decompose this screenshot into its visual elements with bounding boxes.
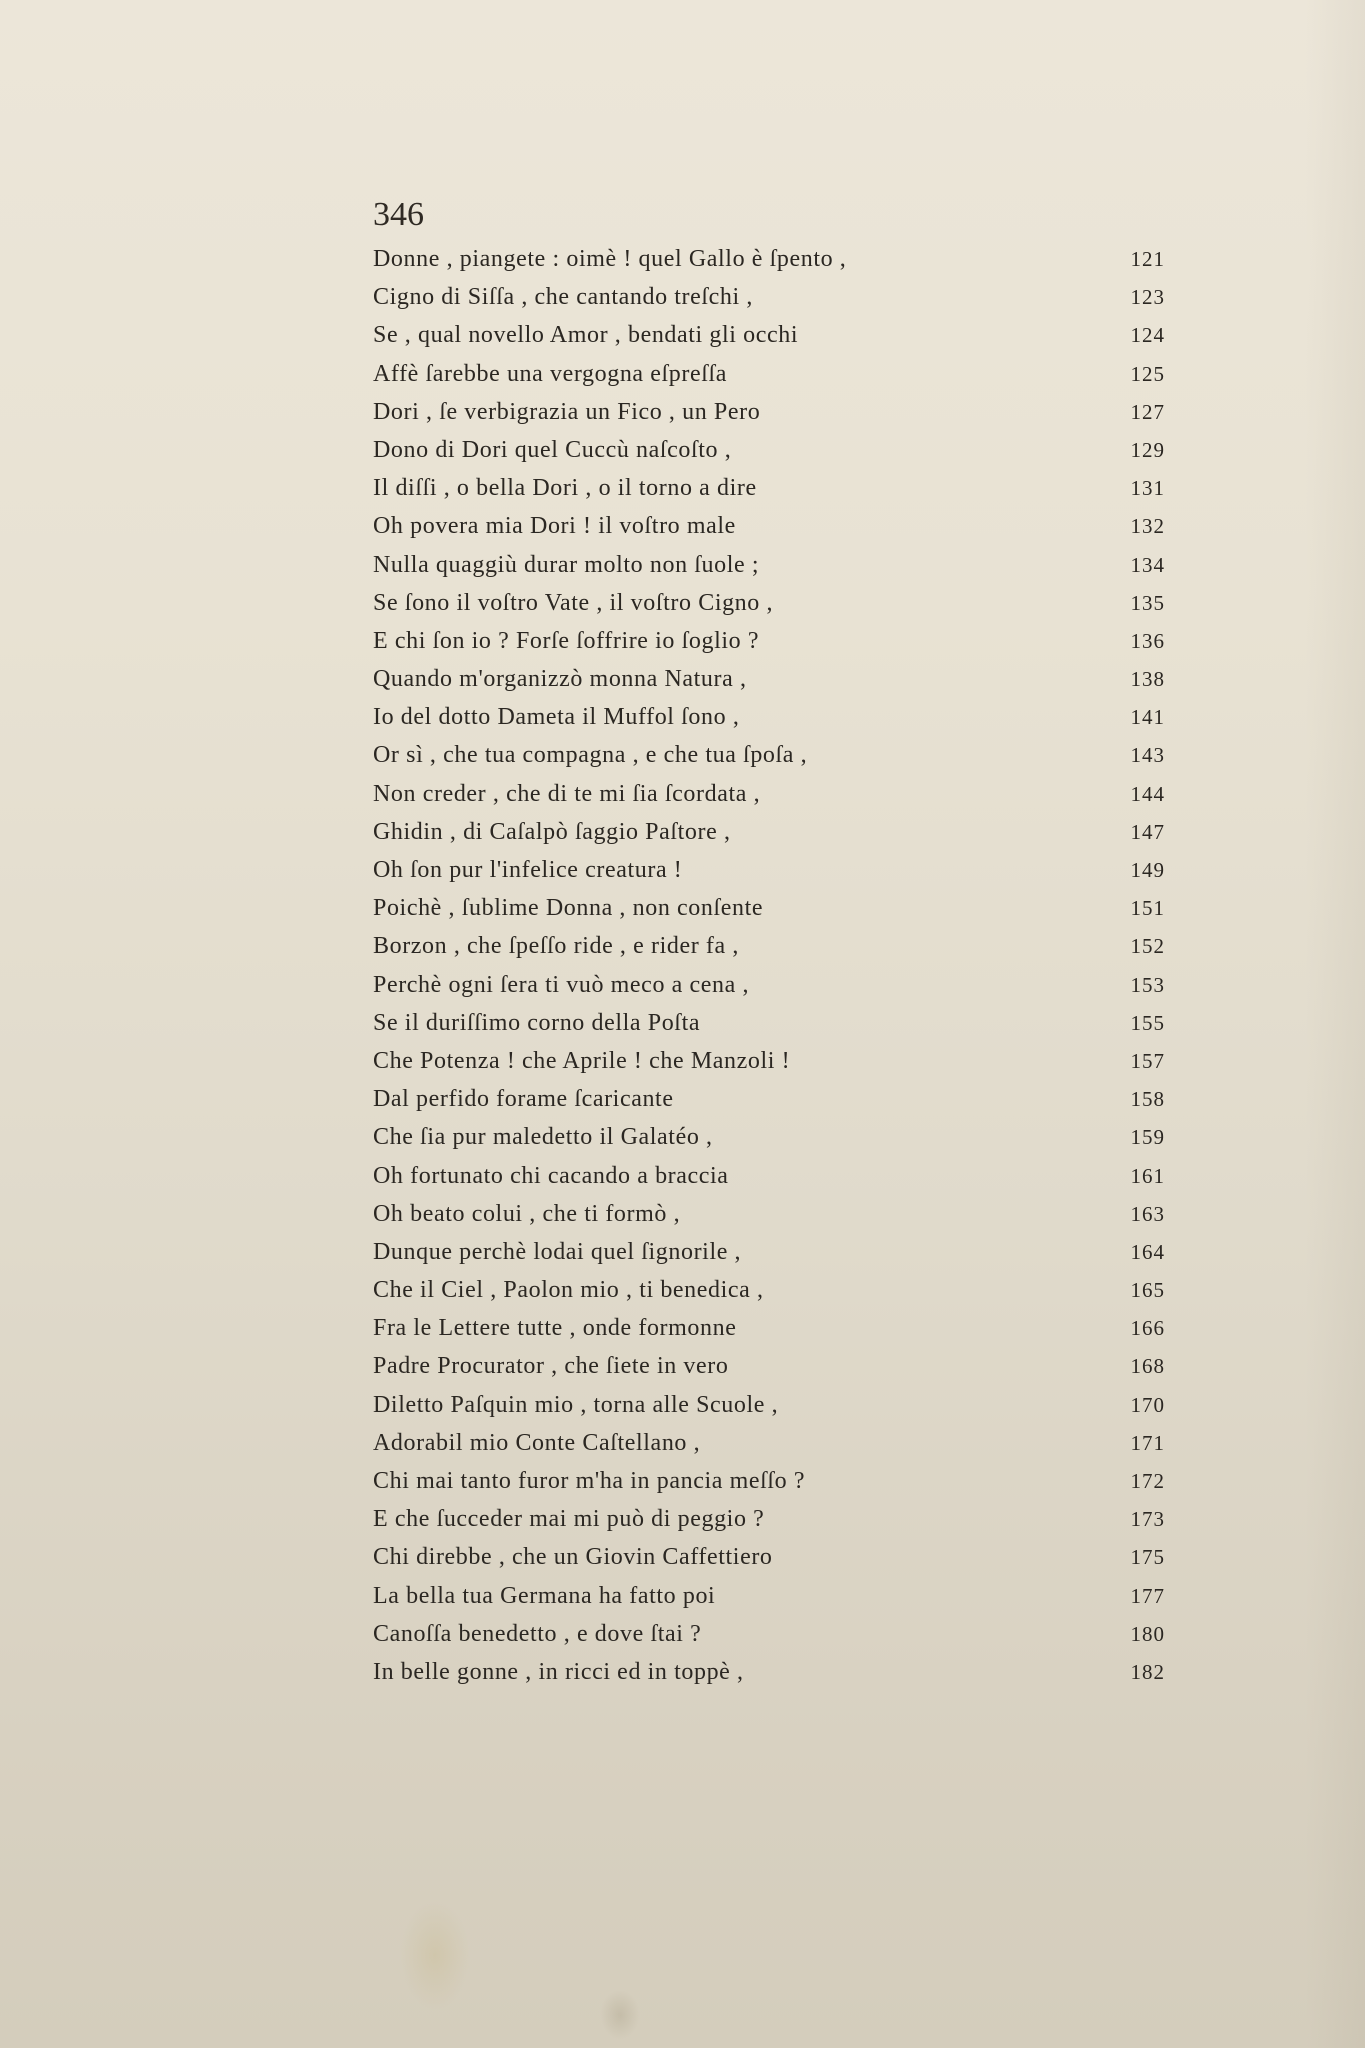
toc-entry-page-number: 152: [1131, 927, 1166, 965]
toc-entry: Se , qual novello Amor , bendati gli occ…: [373, 316, 1173, 354]
toc-entry-title: Diletto Paſquin mio , torna alle Scuole …: [373, 1386, 778, 1424]
toc-entry-page-number: 124: [1131, 316, 1166, 354]
table-of-contents: Donne , piangete : oimè ! quel Gallo è ſ…: [373, 240, 1173, 1691]
toc-entry: E che ſucceder mai mi può di peggio ? 17…: [373, 1500, 1173, 1538]
toc-entry: Quando m'organizzò monna Natura , 138: [373, 660, 1173, 698]
toc-entry: Diletto Paſquin mio , torna alle Scuole …: [373, 1386, 1173, 1424]
toc-entry-page-number: 165: [1131, 1271, 1166, 1309]
toc-entry-page-number: 170: [1131, 1386, 1166, 1424]
toc-entry-page-number: 163: [1131, 1195, 1166, 1233]
toc-entry-title: Dunque perchè lodai quel ſignorile ,: [373, 1233, 741, 1271]
toc-entry-title: Dal perfido forame ſcaricante: [373, 1080, 674, 1118]
toc-entry-title: Oh ſon pur l'infelice creatura !: [373, 851, 682, 889]
toc-entry-title: Or sì , che tua compagna , e che tua ſpo…: [373, 736, 807, 774]
toc-entry: Dori , ſe verbigrazia un Fico , un Pero …: [373, 393, 1173, 431]
toc-entry: Donne , piangete : oimè ! quel Gallo è ſ…: [373, 240, 1173, 278]
toc-entry-title: Oh fortunato chi cacando a braccia: [373, 1157, 729, 1195]
toc-entry-page-number: 171: [1131, 1424, 1166, 1462]
toc-entry-page-number: 131: [1131, 469, 1166, 507]
toc-entry: Se il duriſſimo corno della Poſta 155: [373, 1004, 1173, 1042]
toc-entry: Dal perfido forame ſcaricante 158: [373, 1080, 1173, 1118]
toc-entry-title: Oh povera mia Dori ! il voſtro male: [373, 507, 736, 545]
toc-entry-title: Canoſſa benedetto , e dove ſtai ?: [373, 1615, 701, 1653]
toc-entry-page-number: 166: [1131, 1309, 1166, 1347]
toc-entry-page-number: 173: [1131, 1500, 1166, 1538]
toc-entry-page-number: 132: [1131, 507, 1166, 545]
toc-entry-page-number: 125: [1131, 355, 1166, 393]
toc-entry-page-number: 164: [1131, 1233, 1166, 1271]
toc-entry-page-number: 153: [1131, 966, 1166, 1004]
toc-entry-title: Che ſia pur maledetto il Galatéo ,: [373, 1118, 713, 1156]
toc-entry-page-number: 143: [1131, 736, 1166, 774]
toc-entry: Oh ſon pur l'infelice creatura ! 149: [373, 851, 1173, 889]
toc-entry: Chi direbbe , che un Giovin Caffettiero …: [373, 1538, 1173, 1576]
toc-entry-title: Fra le Lettere tutte , onde formonne: [373, 1309, 736, 1347]
toc-entry: Canoſſa benedetto , e dove ſtai ? 180: [373, 1615, 1173, 1653]
paper-stain: [600, 1990, 640, 2040]
toc-entry-title: Chi direbbe , che un Giovin Caffettiero: [373, 1538, 773, 1576]
toc-entry-page-number: 157: [1131, 1042, 1166, 1080]
toc-entry-title: Che il Ciel , Paolon mio , ti benedica ,: [373, 1271, 764, 1309]
toc-entry: Padre Procurator , che ſiete in vero 168: [373, 1347, 1173, 1385]
toc-entry: Poichè , ſublime Donna , non conſente 15…: [373, 889, 1173, 927]
toc-entry: Fra le Lettere tutte , onde formonne 166: [373, 1309, 1173, 1347]
toc-entry: Affè ſarebbe una vergogna eſpreſſa 125: [373, 355, 1173, 393]
toc-entry: Non creder , che di te mi ſia ſcordata ,…: [373, 775, 1173, 813]
toc-entry-title: Ghidin , di Caſalpò ſaggio Paſtore ,: [373, 813, 731, 851]
toc-entry-page-number: 175: [1131, 1538, 1166, 1576]
toc-entry-title: Io del dotto Dameta il Muffol ſono ,: [373, 698, 739, 736]
toc-entry: Cigno di Siſſa , che cantando treſchi , …: [373, 278, 1173, 316]
toc-entry: Oh beato colui , che ti formò , 163: [373, 1195, 1173, 1233]
toc-entry-title: Perchè ogni ſera ti vuò meco a cena ,: [373, 966, 749, 1004]
toc-entry: Che ſia pur maledetto il Galatéo , 159: [373, 1118, 1173, 1156]
toc-entry: Oh povera mia Dori ! il voſtro male 132: [373, 507, 1173, 545]
toc-entry-page-number: 182: [1131, 1653, 1166, 1691]
toc-entry-title: Chi mai tanto furor m'ha in pancia meſſo…: [373, 1462, 805, 1500]
page-number: 346: [373, 196, 424, 234]
toc-entry: Or sì , che tua compagna , e che tua ſpo…: [373, 736, 1173, 774]
toc-entry-title: Dori , ſe verbigrazia un Fico , un Pero: [373, 393, 760, 431]
toc-entry-page-number: 180: [1131, 1615, 1166, 1653]
toc-entry-title: Padre Procurator , che ſiete in vero: [373, 1347, 728, 1385]
toc-entry-title: Quando m'organizzò monna Natura ,: [373, 660, 747, 698]
toc-entry-page-number: 177: [1131, 1577, 1166, 1615]
toc-entry-title: Donne , piangete : oimè ! quel Gallo è ſ…: [373, 240, 846, 278]
toc-entry: Dono di Dori quel Cuccù naſcoſto , 129: [373, 431, 1173, 469]
toc-entry: Che il Ciel , Paolon mio , ti benedica ,…: [373, 1271, 1173, 1309]
toc-entry-title: Che Potenza ! che Aprile ! che Manzoli !: [373, 1042, 790, 1080]
toc-entry-page-number: 134: [1131, 546, 1166, 584]
toc-entry: Che Potenza ! che Aprile ! che Manzoli !…: [373, 1042, 1173, 1080]
toc-entry-title: Non creder , che di te mi ſia ſcordata ,: [373, 775, 760, 813]
toc-entry: Io del dotto Dameta il Muffol ſono , 141: [373, 698, 1173, 736]
toc-entry: Perchè ogni ſera ti vuò meco a cena , 15…: [373, 966, 1173, 1004]
toc-entry: E chi ſon io ? Forſe ſoffrire io ſoglio …: [373, 622, 1173, 660]
toc-entry: Adorabil mio Conte Caſtellano , 171: [373, 1424, 1173, 1462]
toc-entry-page-number: 136: [1131, 622, 1166, 660]
page-edge-shadow: [1305, 0, 1365, 2048]
toc-entry-title: Se ſono il voſtro Vate , il voſtro Cigno…: [373, 584, 773, 622]
toc-entry: Borzon , che ſpeſſo ride , e rider fa , …: [373, 927, 1173, 965]
paper-stain: [400, 1900, 470, 2010]
toc-entry-page-number: 172: [1131, 1462, 1166, 1500]
toc-entry-page-number: 155: [1131, 1004, 1166, 1042]
toc-entry-title: Se il duriſſimo corno della Poſta: [373, 1004, 700, 1042]
toc-entry: Oh fortunato chi cacando a braccia 161: [373, 1157, 1173, 1195]
toc-entry-title: Il diſſi , o bella Dori , o il torno a d…: [373, 469, 757, 507]
toc-entry-title: Se , qual novello Amor , bendati gli occ…: [373, 316, 798, 354]
toc-entry: Se ſono il voſtro Vate , il voſtro Cigno…: [373, 584, 1173, 622]
toc-entry-title: Cigno di Siſſa , che cantando treſchi ,: [373, 278, 753, 316]
toc-entry-page-number: 123: [1131, 278, 1166, 316]
toc-entry-page-number: 168: [1131, 1347, 1166, 1385]
toc-entry-title: Oh beato colui , che ti formò ,: [373, 1195, 680, 1233]
toc-entry-page-number: 151: [1131, 889, 1166, 927]
toc-entry: La bella tua Germana ha fatto poi 177: [373, 1577, 1173, 1615]
toc-entry-title: E chi ſon io ? Forſe ſoffrire io ſoglio …: [373, 622, 759, 660]
toc-entry-page-number: 135: [1131, 584, 1166, 622]
toc-entry-page-number: 127: [1131, 393, 1166, 431]
toc-entry: Ghidin , di Caſalpò ſaggio Paſtore , 147: [373, 813, 1173, 851]
toc-entry-title: Borzon , che ſpeſſo ride , e rider fa ,: [373, 927, 739, 965]
toc-entry-page-number: 161: [1131, 1157, 1166, 1195]
toc-entry-page-number: 158: [1131, 1080, 1166, 1118]
toc-entry-title: Dono di Dori quel Cuccù naſcoſto ,: [373, 431, 731, 469]
toc-entry-title: Nulla quaggiù durar molto non ſuole ;: [373, 546, 759, 584]
toc-entry-page-number: 147: [1131, 813, 1166, 851]
toc-entry-title: Adorabil mio Conte Caſtellano ,: [373, 1424, 700, 1462]
toc-entry: In belle gonne , in ricci ed in toppè , …: [373, 1653, 1173, 1691]
toc-entry: Nulla quaggiù durar molto non ſuole ; 13…: [373, 546, 1173, 584]
toc-entry-title: La bella tua Germana ha fatto poi: [373, 1577, 715, 1615]
toc-entry: Dunque perchè lodai quel ſignorile , 164: [373, 1233, 1173, 1271]
toc-entry-page-number: 138: [1131, 660, 1166, 698]
toc-entry-page-number: 141: [1131, 698, 1166, 736]
toc-entry-title: In belle gonne , in ricci ed in toppè ,: [373, 1653, 744, 1691]
toc-entry-page-number: 121: [1131, 240, 1166, 278]
toc-entry: Il diſſi , o bella Dori , o il torno a d…: [373, 469, 1173, 507]
toc-entry-title: E che ſucceder mai mi può di peggio ?: [373, 1500, 764, 1538]
toc-entry-page-number: 129: [1131, 431, 1166, 469]
toc-entry-page-number: 159: [1131, 1118, 1166, 1156]
toc-entry-page-number: 144: [1131, 775, 1166, 813]
toc-entry-page-number: 149: [1131, 851, 1166, 889]
toc-entry-title: Poichè , ſublime Donna , non conſente: [373, 889, 763, 927]
toc-entry-title: Affè ſarebbe una vergogna eſpreſſa: [373, 355, 727, 393]
toc-entry: Chi mai tanto furor m'ha in pancia meſſo…: [373, 1462, 1173, 1500]
